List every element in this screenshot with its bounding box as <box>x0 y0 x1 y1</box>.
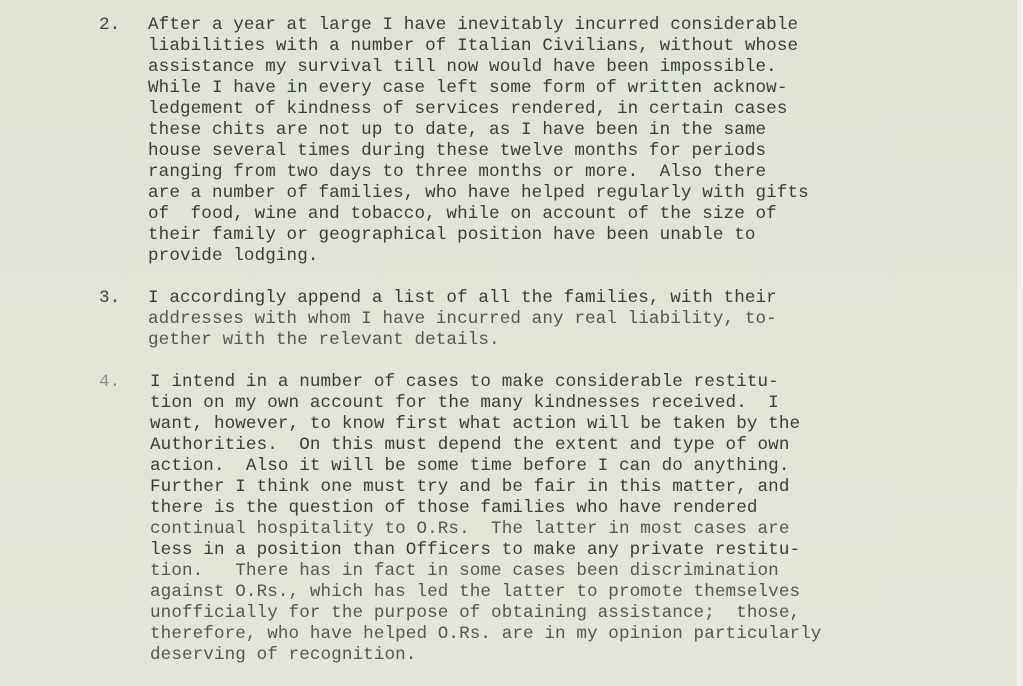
text-line: are a number of families, who have helpe… <box>148 183 809 204</box>
document-page: 2. After a year at large I have inevitab… <box>0 0 1017 686</box>
text-line: tion. There has in fact in some cases be… <box>150 561 821 582</box>
paragraph-text: I intend in a number of cases to make co… <box>150 372 821 666</box>
text-line: deserving of recognition. <box>150 645 821 666</box>
text-line: less in a position than Officers to make… <box>150 540 821 561</box>
paragraph-number: 3. <box>99 288 120 309</box>
text-line: of food, wine and tobacco, while on acco… <box>148 204 809 225</box>
text-line: therefore, who have helped O.Rs. are in … <box>150 624 821 645</box>
text-line: unofficially for the purpose of obtainin… <box>150 603 821 624</box>
text-line: want, however, to know first what action… <box>150 414 821 435</box>
paragraph-text: After a year at large I have inevitably … <box>148 15 809 267</box>
paragraph-number: 4. <box>99 372 120 393</box>
text-line: there is the question of those families … <box>150 498 821 519</box>
page-edge <box>1017 0 1023 686</box>
text-line: After a year at large I have inevitably … <box>148 15 809 36</box>
text-line: continual hospitality to O.Rs. The latte… <box>150 519 821 540</box>
text-line: addresses with whom I have incurred any … <box>148 309 777 330</box>
text-line: While I have in every case left some for… <box>148 78 809 99</box>
text-line: their family or geographical position ha… <box>148 225 809 246</box>
text-line: Further I think one must try and be fair… <box>150 477 821 498</box>
text-line: assistance my survival till now would ha… <box>148 57 809 78</box>
text-line: ledgement of kindness of services render… <box>148 99 809 120</box>
text-line: I intend in a number of cases to make co… <box>150 372 821 393</box>
paragraph-number: 2. <box>99 15 120 36</box>
text-line: gether with the relevant details. <box>148 330 777 351</box>
paragraph-text: I accordingly append a list of all the f… <box>148 288 777 351</box>
text-line: I accordingly append a list of all the f… <box>148 288 777 309</box>
text-line: Authorities. On this must depend the ext… <box>150 435 821 456</box>
text-line: house several times during these twelve … <box>148 141 809 162</box>
text-line: these chits are not up to date, as I hav… <box>148 120 809 141</box>
text-line: against O.Rs., which has led the latter … <box>150 582 821 603</box>
text-line: provide lodging. <box>148 246 809 267</box>
text-line: liabilities with a number of Italian Civ… <box>148 36 809 57</box>
text-line: ranging from two days to three months or… <box>148 162 809 183</box>
text-line: action. Also it will be some time before… <box>150 456 821 477</box>
text-line: tion on my own account for the many kind… <box>150 393 821 414</box>
